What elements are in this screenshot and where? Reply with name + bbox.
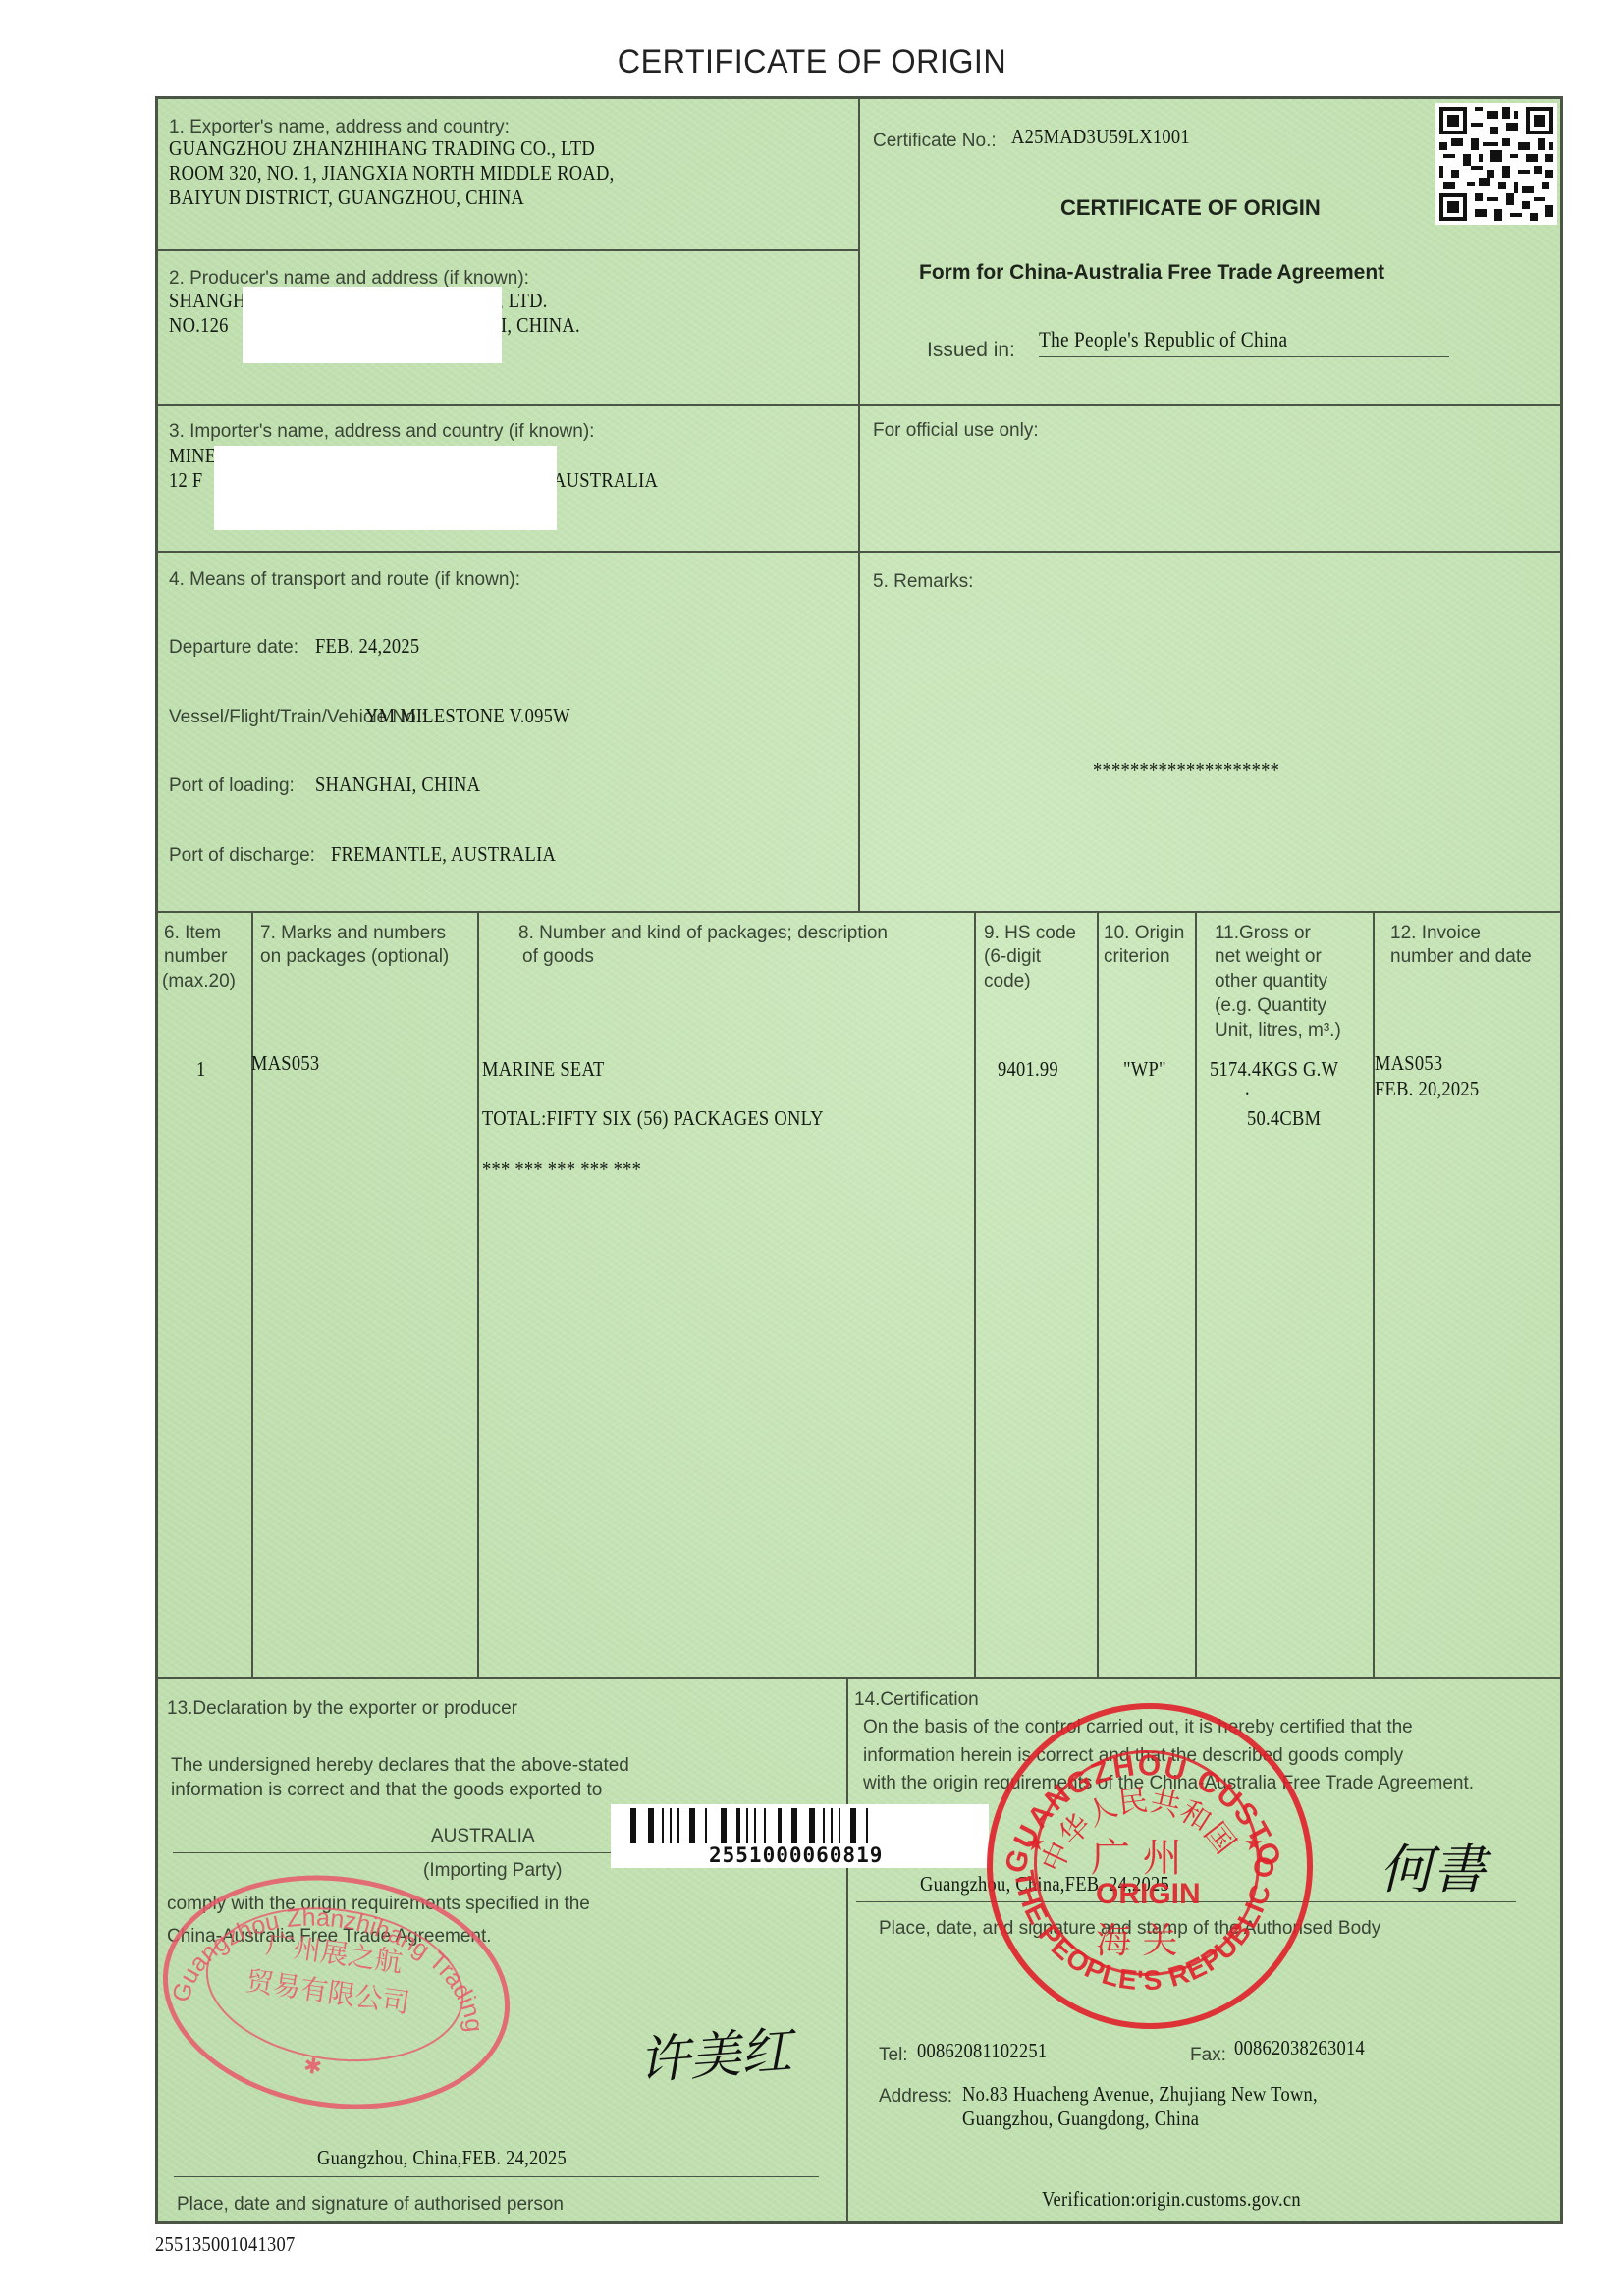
producer-line2-end: I, CHINA. <box>501 313 580 338</box>
divider-col11-col12 <box>1373 911 1375 1677</box>
port-discharge-label: Port of discharge: <box>169 844 315 867</box>
customs-stamp-origin: ORIGIN <box>1096 1878 1201 1911</box>
vessel-no: YM MILESTONE V.095W <box>365 704 570 728</box>
tel-value: 00862081102251 <box>917 2039 1047 2063</box>
declaration-text-2: information is correct and that the good… <box>171 1779 602 1801</box>
divider-col6-col7 <box>251 911 253 1677</box>
redaction-producer <box>243 287 502 363</box>
producer-line2-start: NO.126 <box>169 313 229 338</box>
fax-label: Fax: <box>1190 2044 1226 2066</box>
exporter-signature: 许美红 <box>636 2009 794 2094</box>
description-line-3: *** *** *** *** *** <box>482 1157 641 1182</box>
fax-value: 00862038263014 <box>1234 2036 1365 2060</box>
divider-box3-box4 <box>155 551 1563 553</box>
barcode-icon <box>630 1808 969 1843</box>
divider-lower-vertical <box>846 1677 848 2224</box>
form-heading: CERTIFICATE OF ORIGIN <box>1060 196 1321 219</box>
description-line-1: MARINE SEAT <box>482 1057 605 1082</box>
quantity-volume: 50.4CBM <box>1247 1106 1321 1131</box>
barcode-number: 2551000060819 <box>709 1843 883 1867</box>
importer-line1-start: MINE <box>169 444 216 468</box>
divider-box2-box3 <box>155 404 1563 406</box>
svg-text:★: ★ <box>1244 1831 1264 1855</box>
port-loading-label: Port of loading: <box>169 774 295 797</box>
address-line-2: Guangzhou, Guangdong, China <box>962 2107 1199 2131</box>
declaration-signature-line <box>174 2176 819 2177</box>
qr-code-icon <box>1435 103 1557 225</box>
declaration-caption: Place, date and signature of authorised … <box>177 2193 564 2216</box>
origin-criterion: "WP" <box>1123 1057 1166 1082</box>
quantity-gross: 5174.4KGS G.W <box>1210 1057 1338 1082</box>
box13-label: 13.Declaration by the exporter or produc… <box>167 1697 517 1720</box>
box3-label: 3. Importer's name, address and country … <box>169 420 594 443</box>
address-label: Address: <box>879 2085 952 2108</box>
verification-link[interactable]: Verification:origin.customs.gov.cn <box>1042 2187 1301 2212</box>
box1-label: 1. Exporter's name, address and country: <box>169 116 510 138</box>
issued-in-underline <box>1039 356 1449 357</box>
exporter-name: GUANGZHOU ZHANZHIHANG TRADING CO., LTD <box>169 136 595 161</box>
customs-stamp-city: 广 州 <box>1091 1827 1182 1883</box>
hs-code: 9401.99 <box>998 1057 1058 1082</box>
tel-label: Tel: <box>879 2044 908 2066</box>
customs-stamp: GUANGZHOU CUSTOMS THE PEOPLE'S REPUBLIC … <box>987 1703 1313 2029</box>
declaration-place-date: Guangzhou, China,FEB. 24,2025 <box>317 2146 567 2170</box>
form-subheading: Form for China-Australia Free Trade Agre… <box>919 261 1384 284</box>
port-loading: SHANGHAI, CHINA <box>315 773 480 797</box>
description-line-2: TOTAL:FIFTY SIX (56) PACKAGES ONLY <box>482 1106 824 1131</box>
item-number: 1 <box>196 1057 206 1082</box>
remarks-value: ******************** <box>1093 758 1279 782</box>
producer-line1-end: , LTD. <box>499 289 548 313</box>
importing-party-caption: (Importing Party) <box>423 1859 562 1882</box>
importer-line2-end: AUSTRALIA <box>553 468 658 493</box>
divider-goods-top <box>155 911 1563 913</box>
producer-line1-start: SHANGH <box>169 289 246 313</box>
divider-col9-col10 <box>1097 911 1099 1677</box>
marks: MAS053 <box>251 1051 319 1076</box>
exporter-address-2: BAIYUN DISTRICT, GUANGZHOU, CHINA <box>169 186 524 210</box>
customs-stamp-customs: 海 关 <box>1096 1913 1177 1963</box>
barcode: 2551000060819 <box>611 1804 989 1868</box>
document-title: CERTIFICATE OF ORIGIN <box>40 43 1583 81</box>
issued-in-value: The People's Republic of China <box>1039 327 1287 351</box>
svg-text:★: ★ <box>1026 1831 1046 1855</box>
box4-label: 4. Means of transport and route (if know… <box>169 568 520 591</box>
exporter-address-1: ROOM 320, NO. 1, JIANGXIA NORTH MIDDLE R… <box>169 161 615 186</box>
declaration-text-1: The undersigned hereby declares that the… <box>171 1754 629 1777</box>
redaction-importer <box>214 446 557 530</box>
departure-label: Departure date: <box>169 636 298 659</box>
divider-upper-vertical <box>858 96 860 911</box>
official-use-label: For official use only: <box>873 419 1039 442</box>
invoice-number: MAS053 <box>1375 1051 1442 1076</box>
importing-country: AUSTRALIA <box>431 1825 535 1847</box>
divider-box1-box2 <box>155 249 858 251</box>
divider-goods-bottom <box>155 1677 1563 1679</box>
departure-date: FEB. 24,2025 <box>315 634 419 659</box>
divider-col10-col11 <box>1195 911 1197 1677</box>
box14-label: 14.Certification <box>854 1688 979 1711</box>
certificate-no-label: Certificate No.: <box>873 130 997 152</box>
certificate-no: A25MAD3U59LX1001 <box>1011 125 1190 149</box>
divider-col8-col9 <box>974 911 976 1677</box>
quantity-dot: . <box>1245 1076 1250 1100</box>
importer-line2-start: 12 F <box>169 468 202 493</box>
port-discharge: FREMANTLE, AUSTRALIA <box>331 842 556 867</box>
divider-col7-col8 <box>477 911 479 1677</box>
box5-label: 5. Remarks: <box>873 570 973 593</box>
address-line-1: No.83 Huacheng Avenue, Zhujiang New Town… <box>962 2082 1318 2107</box>
invoice-date: FEB. 20,2025 <box>1375 1077 1479 1101</box>
issued-in-label: Issued in: <box>927 339 1015 361</box>
document-serial: 255135001041307 <box>155 2232 296 2257</box>
authority-signature: 何書 <box>1380 1828 1486 1903</box>
